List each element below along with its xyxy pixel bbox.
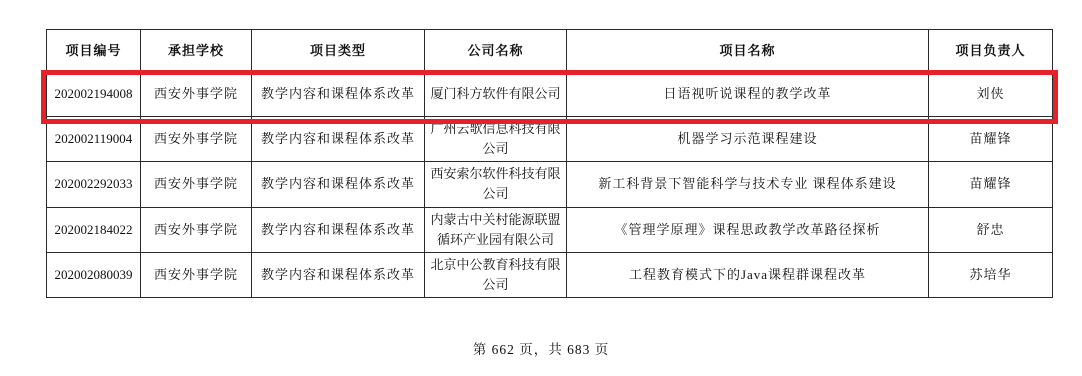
- column-header-project-type: 项目类型: [252, 30, 425, 73]
- cell-project-name: 《管理学原理》课程思政教学改革路径探析: [567, 207, 929, 252]
- cell-project-name: 机器学习示范课程建设: [567, 117, 929, 162]
- cell-project-type: 教学内容和课程体系改革: [252, 73, 425, 117]
- cell-project-name: 工程教育模式下的Java课程群课程改革: [567, 252, 929, 297]
- cell-school: 西安外事学院: [141, 117, 252, 162]
- cell-project-type: 教学内容和课程体系改革: [252, 252, 425, 297]
- cell-leader: 苗耀锋: [929, 162, 1053, 207]
- cell-company: 内蒙古中关村能源联盟循环产业园有限公司: [425, 207, 567, 252]
- table-row: 202002292033 西安外事学院 教学内容和课程体系改革 西安索尔软件科技…: [47, 162, 1053, 207]
- cell-project-type: 教学内容和课程体系改革: [252, 117, 425, 162]
- table-row: 202002080039 西安外事学院 教学内容和课程体系改革 北京中公教育科技…: [47, 252, 1053, 297]
- projects-table-container: 项目编号 承担学校 项目类型 公司名称 项目名称 项目负责人 202002194…: [46, 29, 1053, 298]
- cell-project-name: 日语视听说课程的教学改革: [567, 73, 929, 117]
- cell-company: 北京中公教育科技有限公司: [425, 252, 567, 297]
- cell-project-id: 202002194008: [47, 73, 141, 117]
- header-row: 项目编号 承担学校 项目类型 公司名称 项目名称 项目负责人: [47, 30, 1053, 73]
- cell-school: 西安外事学院: [141, 73, 252, 117]
- column-header-company: 公司名称: [425, 30, 567, 73]
- column-header-project-id: 项目编号: [47, 30, 141, 73]
- table-row: 202002184022 西安外事学院 教学内容和课程体系改革 内蒙古中关村能源…: [47, 207, 1053, 252]
- cell-project-id: 202002184022: [47, 207, 141, 252]
- cell-leader: 舒忠: [929, 207, 1053, 252]
- column-header-project-name: 项目名称: [567, 30, 929, 73]
- cell-leader: 苗耀锋: [929, 117, 1053, 162]
- cell-company: 西安索尔软件科技有限公司: [425, 162, 567, 207]
- cell-company: 厦门科方软件有限公司: [425, 73, 567, 117]
- cell-school: 西安外事学院: [141, 162, 252, 207]
- cell-company: 广州云歌信息科技有限公司: [425, 117, 567, 162]
- cell-project-id: 202002080039: [47, 252, 141, 297]
- column-header-leader: 项目负责人: [929, 30, 1053, 73]
- cell-school: 西安外事学院: [141, 252, 252, 297]
- cell-leader: 苏培华: [929, 252, 1053, 297]
- cell-project-id: 202002292033: [47, 162, 141, 207]
- cell-project-type: 教学内容和课程体系改革: [252, 162, 425, 207]
- cell-school: 西安外事学院: [141, 207, 252, 252]
- page-indicator: 第 662 页，共 683 页: [0, 338, 1082, 358]
- table-row: 202002119004 西安外事学院 教学内容和课程体系改革 广州云歌信息科技…: [47, 117, 1053, 162]
- cell-leader: 刘侠: [929, 73, 1053, 117]
- cell-project-id: 202002119004: [47, 117, 141, 162]
- table-row: 202002194008 西安外事学院 教学内容和课程体系改革 厦门科方软件有限…: [47, 73, 1053, 117]
- column-header-school: 承担学校: [141, 30, 252, 73]
- cell-project-type: 教学内容和课程体系改革: [252, 207, 425, 252]
- projects-table: 项目编号 承担学校 项目类型 公司名称 项目名称 项目负责人 202002194…: [46, 29, 1053, 298]
- cell-project-name: 新工科背景下智能科学与技术专业 课程体系建设: [567, 162, 929, 207]
